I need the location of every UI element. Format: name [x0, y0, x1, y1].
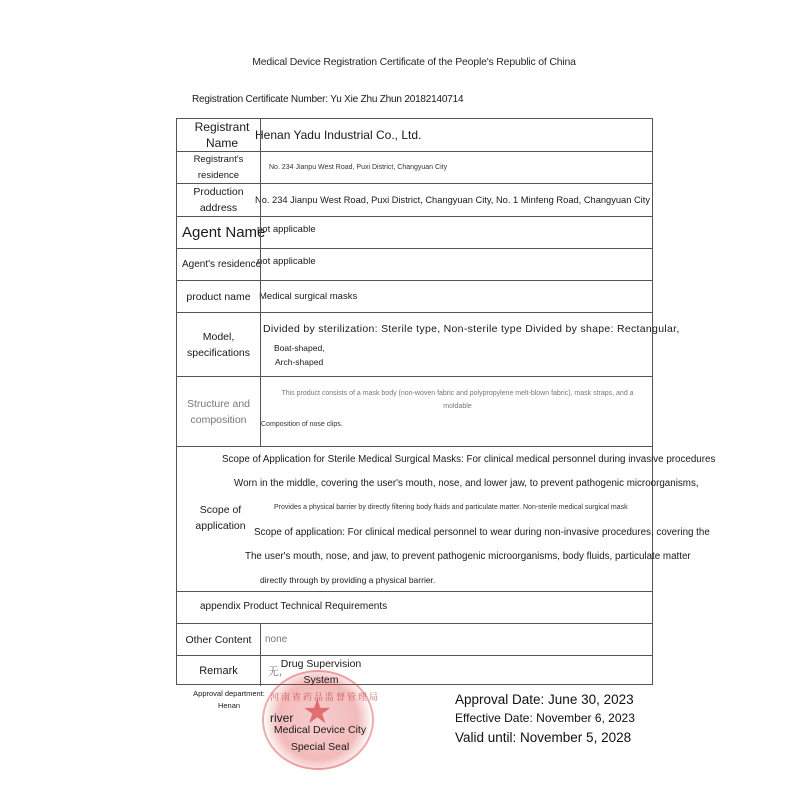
model-spec-line-1: Divided by sterilization: Sterile type, …: [263, 323, 680, 335]
scope-line-2: Worn in the middle, covering the user's …: [234, 478, 699, 489]
seal-line-1: Drug Supervision: [280, 658, 362, 670]
label-structure-composition: Structure and composition: [177, 377, 260, 446]
row-agent-residence: Agent's residence not applicable: [177, 248, 652, 280]
scope-line-6: directly through by providing a physical…: [260, 575, 435, 585]
structure-line-3: Composition of nose clips.: [261, 421, 343, 428]
label-registrant-name: Registrant Name: [177, 119, 267, 151]
seal-line-2: System: [290, 674, 352, 686]
approval-department-label: Approval department:: [186, 688, 272, 700]
scope-line-1: Scope of Application for Sterile Medical…: [222, 454, 715, 465]
label-other-content: Other Content: [177, 624, 260, 655]
value-registrant-residence: No. 234 Jianpu West Road, Puxi District,…: [269, 152, 648, 183]
model-spec-line-2: Boat-shaped,: [274, 343, 325, 353]
label-production-address: Production address: [177, 184, 260, 216]
seal-line-5: Special Seal: [280, 741, 360, 753]
row-agent-name: Agent Name not applicable: [177, 216, 652, 248]
value-other-content: none: [265, 624, 648, 655]
approval-department: Approval department: Henan: [186, 688, 272, 712]
row-appendix: appendix Product Technical Requirements: [177, 591, 652, 623]
scope-line-3: Provides a physical barrier by directly …: [274, 504, 628, 511]
certificate-dates: Approval Date: June 30, 2023 Effective D…: [455, 690, 635, 747]
row-structure-composition: Structure and composition This product c…: [177, 376, 652, 446]
seal-chinese-text: 河南省药品监督管理局: [270, 690, 380, 703]
row-other-content: Other Content none: [177, 623, 652, 655]
row-production-address: Production address No. 234 Jianpu West R…: [177, 183, 652, 216]
value-registrant-name: Henan Yadu Industrial Co., Ltd.: [255, 119, 648, 151]
scope-line-4: Scope of application: For clinical medic…: [254, 527, 710, 538]
row-remark: Remark 无,: [177, 655, 652, 686]
approval-department-value: Henan: [186, 700, 272, 712]
scope-line-5: The user's mouth, nose, and jaw, to prev…: [245, 551, 691, 562]
effective-date: Effective Date: November 6, 2023: [455, 709, 635, 728]
model-spec-line-3: Arch-shaped: [275, 357, 323, 367]
approval-date: Approval Date: June 30, 2023: [455, 690, 635, 709]
row-registrant-name: Registrant Name Henan Yadu Industrial Co…: [177, 119, 652, 151]
label-product-name: product name: [177, 281, 260, 312]
structure-line-1: This product consists of a mask body (no…: [267, 390, 648, 397]
row-registrant-residence: Registrant's residence No. 234 Jianpu We…: [177, 151, 652, 183]
row-model-specifications: Model, specifications Divided by sterili…: [177, 312, 652, 376]
valid-until: Valid until: November 5, 2028: [455, 728, 635, 747]
label-model-specifications: Model, specifications: [177, 313, 260, 376]
value-product-name: Medical surgical masks: [259, 281, 648, 312]
column-divider-bottom: [260, 623, 261, 686]
column-divider-top: [260, 119, 261, 446]
appendix-value: appendix Product Technical Requirements: [200, 601, 387, 612]
structure-line-2: moldable: [267, 403, 648, 410]
label-registrant-residence: Registrant's residence: [177, 152, 260, 183]
document-title: Medical Device Registration Certificate …: [0, 56, 800, 68]
row-scope-of-application: Scope of application Scope of Applicatio…: [177, 446, 652, 591]
value-production-address: No. 234 Jianpu West Road, Puxi District,…: [255, 184, 648, 216]
seal-line-4: Medical Device City: [272, 724, 368, 736]
certificate-table: Registrant Name Henan Yadu Industrial Co…: [176, 118, 653, 685]
label-scope-of-application: Scope of application: [193, 502, 248, 534]
registration-number: Registration Certificate Number: Yu Xie …: [192, 94, 463, 105]
row-product-name: product name Medical surgical masks: [177, 280, 652, 312]
seal-line-3: river: [270, 711, 293, 725]
label-remark: Remark: [177, 656, 260, 686]
